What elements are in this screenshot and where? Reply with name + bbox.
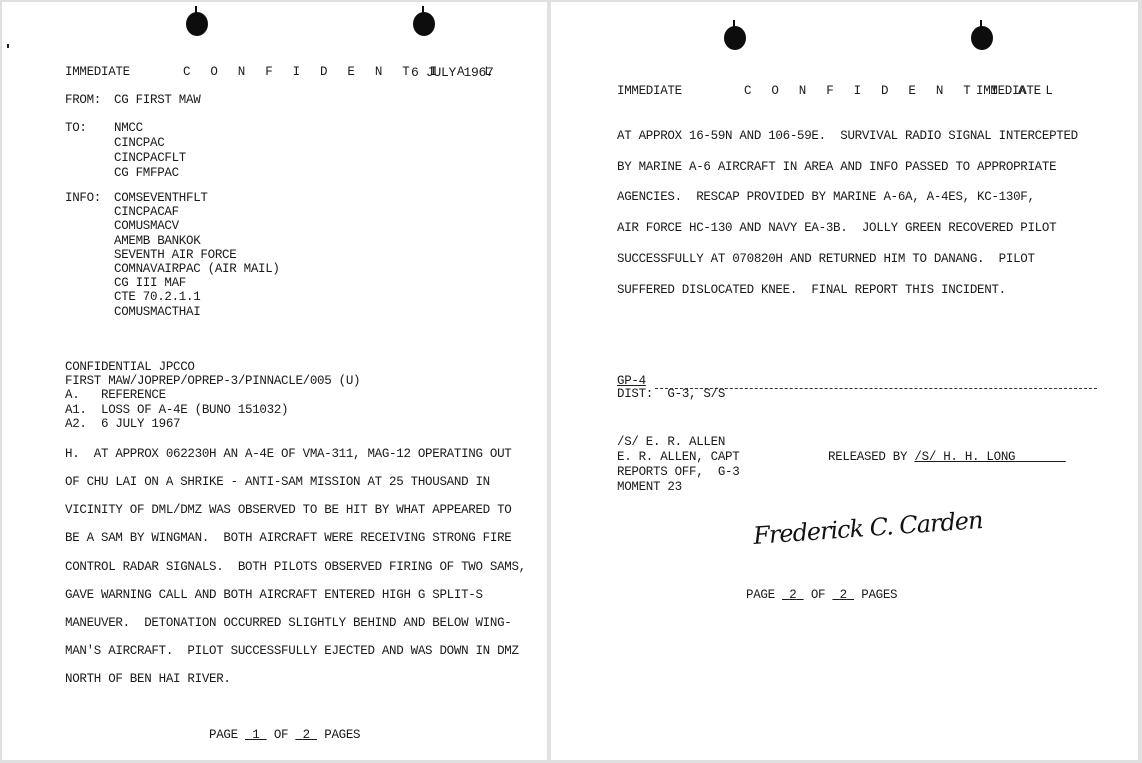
page-footer: PAGE 2 OF 2 PAGES [746, 588, 897, 603]
info-recipient: AMEMB BANKOK [114, 234, 280, 248]
subject-block: CONFIDENTIAL JPCCO FIRST MAW/JOPREP/OPRE… [65, 360, 360, 431]
message-page-1: IMMEDIATE C O N F I D E N T I A L 6 JULY… [2, 2, 547, 760]
punch-hole-icon [724, 26, 746, 50]
info-recipient: SEVENTH AIR FORCE [114, 248, 280, 262]
punch-hole-icon [971, 26, 993, 50]
dist-label: DIST: [617, 387, 653, 401]
to-recipient: CINCPACFLT [114, 151, 186, 166]
body-line: AIR FORCE HC-130 AND NAVY EA-3B. JOLLY G… [617, 221, 1056, 235]
body-line: OF CHU LAI ON A SHRIKE - ANTI-SAM MISSIO… [65, 475, 490, 489]
subject-line: A. REFERENCE [65, 388, 360, 402]
pages-word: PAGES [861, 588, 897, 602]
page-footer: PAGE 1 OF 2 PAGES [209, 728, 360, 743]
info-recipient: CINCPACAF [114, 205, 280, 219]
subject-line: A2. 6 JULY 1967 [65, 417, 360, 431]
info-recipient: COMUSMACTHAI [114, 305, 280, 319]
handwritten-signature: Frederick C. Carden [752, 506, 983, 550]
body-line: BE A SAM BY WINGMAN. BOTH AIRCRAFT WERE … [65, 531, 511, 545]
subject-line: CONFIDENTIAL JPCCO [65, 360, 360, 374]
of-word: OF [274, 728, 288, 742]
body-line: H. AT APPROX 062230H AN A-4E OF VMA-311,… [65, 447, 511, 461]
page-number-value: 1 [252, 728, 259, 742]
subject-line: FIRST MAW/JOPREP/OPREP-3/PINNACLE/005 (U… [65, 374, 360, 388]
to-recipient: CINCPAC [114, 136, 186, 151]
page-word: PAGE [209, 728, 238, 742]
body-line: VICINITY OF DML/DMZ WAS OBSERVED TO BE H… [65, 503, 511, 517]
separator-dashed-line [655, 388, 1097, 389]
punch-hole-icon [413, 12, 435, 36]
info-recipient: CG III MAF [114, 276, 280, 290]
page-number-value: 2 [789, 588, 796, 602]
info-label: INFO: [65, 191, 101, 206]
page-total: 2 [832, 588, 854, 602]
info-recipient: COMUSMACV [114, 219, 280, 233]
body-line: BY MARINE A-6 AIRCRAFT IN AREA AND INFO … [617, 160, 1056, 174]
body-line: MANEUVER. DETONATION OCCURRED SLIGHTLY B… [65, 616, 511, 630]
originator-line: REPORTS OFF, G-3 [617, 465, 739, 480]
page-word: PAGE [746, 588, 775, 602]
page-total-value: 2 [303, 728, 310, 742]
body-line: GAVE WARNING CALL AND BOTH AIRCRAFT ENTE… [65, 588, 483, 602]
body-line: SUCCESSFULLY AT 070820H AND RETURNED HIM… [617, 252, 1035, 266]
page-number: 1 [245, 728, 267, 742]
originator-line: E. R. ALLEN, CAPT [617, 450, 739, 465]
originator-line: MOMENT 23 [617, 480, 739, 495]
from-value: CG FIRST MAW [114, 93, 200, 108]
distribution: DIST: G-3, S/S [617, 388, 725, 401]
message-page-2: IMMEDIATE C O N F I D E N T I A L IMMEDI… [551, 2, 1138, 760]
of-word: OF [811, 588, 825, 602]
page-total: 2 [295, 728, 317, 742]
to-recipient-list: NMCC CINCPAC CINCPACFLT CG FMFPAC [114, 121, 186, 181]
precedence-label-right: IMMEDIATE [976, 84, 1041, 99]
to-recipient: NMCC [114, 121, 186, 136]
body-line: CONTROL RADAR SIGNALS. BOTH PILOTS OBSER… [65, 560, 526, 574]
released-by: RELEASED BY /S/ H. H. LONG [828, 450, 1066, 465]
page-total-value: 2 [840, 588, 847, 602]
precedence-label: IMMEDIATE [65, 65, 130, 80]
info-recipient: COMNAVAIRPAC (AIR MAIL) [114, 262, 280, 276]
page-number: 2 [782, 588, 804, 602]
released-by-value: /S/ H. H. LONG [914, 450, 1065, 464]
originator-block: /S/ E. R. ALLEN E. R. ALLEN, CAPT REPORT… [617, 435, 739, 495]
body-line: SUFFERED DISLOCATED KNEE. FINAL REPORT T… [617, 283, 1006, 297]
released-by-label: RELEASED BY [828, 450, 907, 464]
body-line: AT APPROX 16-59N AND 106-59E. SURVIVAL R… [617, 129, 1078, 143]
body-line: NORTH OF BEN HAI RIVER. [65, 672, 231, 686]
to-recipient: CG FMFPAC [114, 166, 186, 181]
originator-line: /S/ E. R. ALLEN [617, 435, 739, 450]
info-recipient: CTE 70.2.1.1 [114, 290, 280, 304]
to-label: TO: [65, 121, 87, 136]
scan-speck [7, 44, 9, 48]
subject-line: A1. LOSS OF A-4E (BUNO 151032) [65, 403, 360, 417]
info-recipient-list: COMSEVENTHFLT CINCPACAF COMUSMACV AMEMB … [114, 191, 280, 319]
punch-hole-icon [186, 12, 208, 36]
body-line: AGENCIES. RESCAP PROVIDED BY MARINE A-6A… [617, 190, 1035, 204]
message-date: 6 JULY 1967 [411, 65, 494, 80]
info-recipient: COMSEVENTHFLT [114, 191, 280, 205]
dist-value: G-3, S/S [667, 387, 725, 401]
body-line: MAN'S AIRCRAFT. PILOT SUCCESSFULLY EJECT… [65, 644, 519, 658]
precedence-label-left: IMMEDIATE [617, 84, 682, 99]
from-label: FROM: [65, 93, 101, 108]
released-by-name: /S/ H. H. LONG [914, 450, 1015, 464]
pages-word: PAGES [324, 728, 360, 742]
